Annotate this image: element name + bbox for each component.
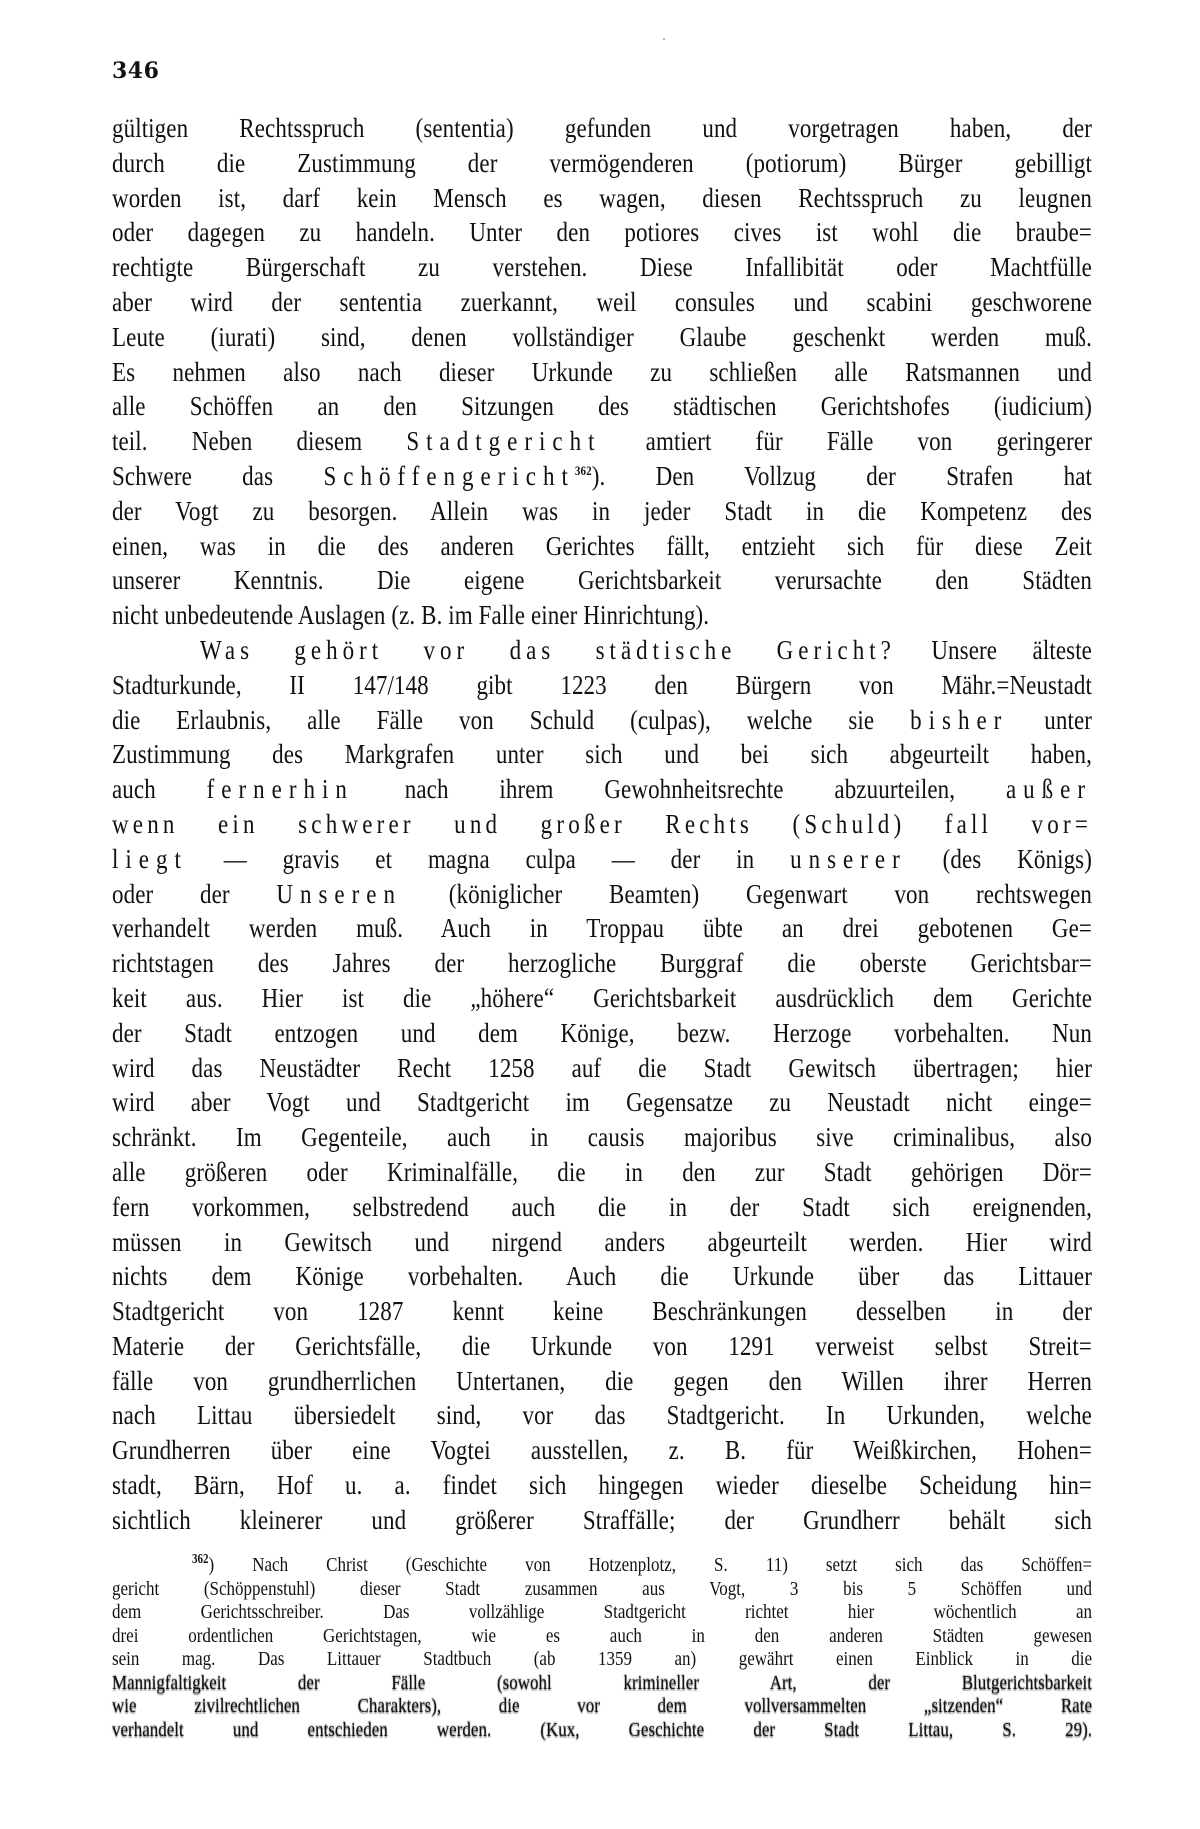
footnote-line: verhandelt und entschieden werden. (Kux,…	[112, 1715, 1092, 1743]
text-run: amtiert für Fälle von geringerer	[602, 427, 1092, 457]
text-run: teil. Neben diesem	[112, 427, 406, 457]
text-run: (des Königs)	[907, 844, 1092, 874]
text-run: (königlicher Beamten) Gegenwart von rech…	[402, 879, 1092, 909]
text-run: auch	[112, 775, 207, 805]
text-run: oder der	[112, 879, 276, 909]
emphasized-term: wenn ein schwerer und großer Rechts (Sch…	[112, 810, 1092, 840]
page-number: 346	[112, 58, 159, 84]
text-run: Unsere älteste	[896, 636, 1092, 666]
emphasized-term: Stadtgericht	[406, 427, 601, 457]
text-run: die Erlaubnis, alle Fälle von Schuld (cu…	[112, 705, 910, 735]
text-run: ). Den Vollzug der Strafen hat	[592, 462, 1092, 492]
footnote-reference[interactable]: 362	[575, 464, 592, 478]
main-text: gültigen Rechtsspruch (sententia) gefund…	[112, 112, 1092, 1539]
emphasized-term: außer	[1006, 775, 1092, 805]
text-run: ) Nach Christ (Geschichte von Hotzenplot…	[209, 1553, 1093, 1576]
text-run: unter	[1008, 705, 1092, 735]
text-run: — gravis et magna culpa — der in	[188, 844, 790, 874]
scan-speck	[963, 199, 965, 201]
scan-speck	[663, 38, 665, 40]
emphasized-term: Schöffengericht	[323, 462, 574, 492]
section-question: Was gehört vor das städtische Gericht?	[200, 636, 896, 666]
text-run: Schwere das	[112, 462, 323, 492]
emphasized-term: liegt	[112, 844, 188, 874]
text-run: nach ihrem Gewohnheitsrechte abzuurteile…	[354, 775, 1006, 805]
footnote-number: 362	[192, 1552, 209, 1566]
text-line: sichtlich kleinerer und größerer Straffä…	[112, 1501, 1092, 1542]
emphasized-term: fernerhin	[207, 775, 354, 805]
emphasized-term: unserer	[790, 844, 907, 874]
footnote-block: 362) Nach Christ (Geschichte von Hotzenp…	[112, 1553, 1092, 1741]
emphasized-term: bisher	[910, 705, 1008, 735]
emphasized-term: Unseren	[276, 879, 402, 909]
